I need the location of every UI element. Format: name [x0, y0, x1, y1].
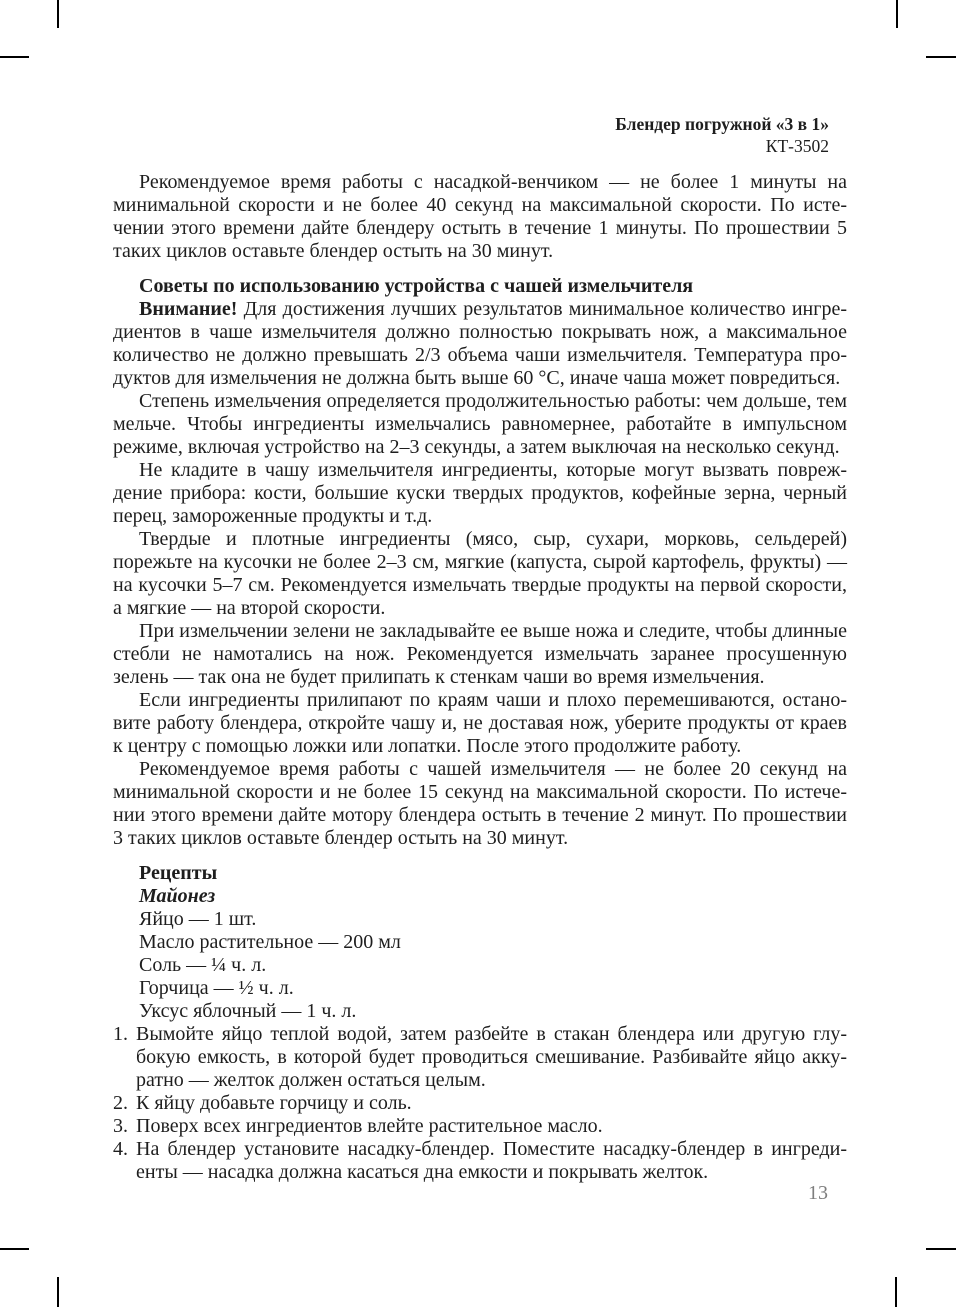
crop-mark-bottom-left-vertical [57, 1277, 59, 1307]
crop-mark-bottom-right-horizontal [926, 1248, 956, 1250]
ingredient-oil: Масло растительное — 200 мл [113, 931, 847, 954]
crop-mark-top-left-horizontal [0, 56, 29, 58]
paragraph-grinding-degree: Степень измельчения определяется продолж… [113, 390, 847, 459]
recipe-step-1: 1. Вымойте яйцо теплой водой, затем разб… [113, 1023, 847, 1092]
step-number: 4. [113, 1138, 128, 1161]
recipe-step-3: 3. Поверх всех ингредиентов влейте расти… [113, 1115, 847, 1138]
document-title: Блендер погружной «3 в 1» [615, 113, 829, 135]
page-body: Рекомендуемое время работы с насадкой-ве… [113, 171, 847, 1184]
paragraph-greens: При измельчении зелени не закладывайте е… [113, 620, 847, 689]
ingredient-egg: Яйцо — 1 шт. [113, 908, 847, 931]
step-number: 3. [113, 1115, 128, 1138]
step-number: 2. [113, 1092, 128, 1115]
section-heading-chopper-tips: Советы по использованию устройства с чаш… [113, 275, 847, 298]
paragraph-forbidden-ingredients: Не кладите в чашу измельчителя ингредиен… [113, 459, 847, 528]
crop-mark-bottom-left-horizontal [0, 1248, 29, 1250]
crop-mark-top-right-horizontal [926, 56, 956, 58]
model-number: КТ-3502 [615, 135, 829, 157]
paragraph-hard-soft-ingredients: Твердые и плотные ингредиенты (мясо, сыр… [113, 528, 847, 620]
recipe-step-2: 2. К яйцу добавьте горчицу и соль. [113, 1092, 847, 1115]
manual-page: Блендер погружной «3 в 1» КТ-3502 Рекоме… [0, 0, 956, 1307]
crop-mark-top-left-vertical [57, 0, 59, 28]
recipe-title-mayonnaise: Майонез [113, 885, 847, 908]
ingredient-mustard: Горчица — ½ ч. л. [113, 977, 847, 1000]
recipe-step-4: 4. На блендер установите насадку-блендер… [113, 1138, 847, 1184]
crop-mark-bottom-right-vertical [895, 1277, 897, 1307]
ingredient-vinegar: Уксус яблочный — 1 ч. л. [113, 1000, 847, 1023]
paragraph-chopper-time: Рекомендуемое время работы с чашей измел… [113, 758, 847, 850]
paragraph-sticking-ingredients: Если ингредиенты прилипают по краям чаши… [113, 689, 847, 758]
step-text: Вымойте яйцо теплой водой, затем разбейт… [136, 1023, 847, 1091]
section-heading-recipes: Рецепты [113, 862, 847, 885]
paragraph-whisk-time: Рекомендуемое время работы с насадкой-ве… [113, 171, 847, 263]
attention-label: Внимание! [139, 298, 237, 320]
step-text: Поверх всех ингредиентов влейте растител… [136, 1115, 603, 1137]
crop-mark-top-right-vertical [896, 0, 898, 28]
step-number: 1. [113, 1023, 128, 1046]
step-text: На блендер установите насадку-блендер. П… [136, 1138, 847, 1183]
ingredient-salt: Соль — ¼ ч. л. [113, 954, 847, 977]
paragraph-attention: Внимание! Для достижения лучших результа… [113, 298, 847, 390]
step-text: К яйцу добавьте горчицу и соль. [136, 1092, 412, 1114]
page-number: 13 [808, 1182, 828, 1205]
page-header: Блендер погружной «3 в 1» КТ-3502 [615, 113, 829, 157]
